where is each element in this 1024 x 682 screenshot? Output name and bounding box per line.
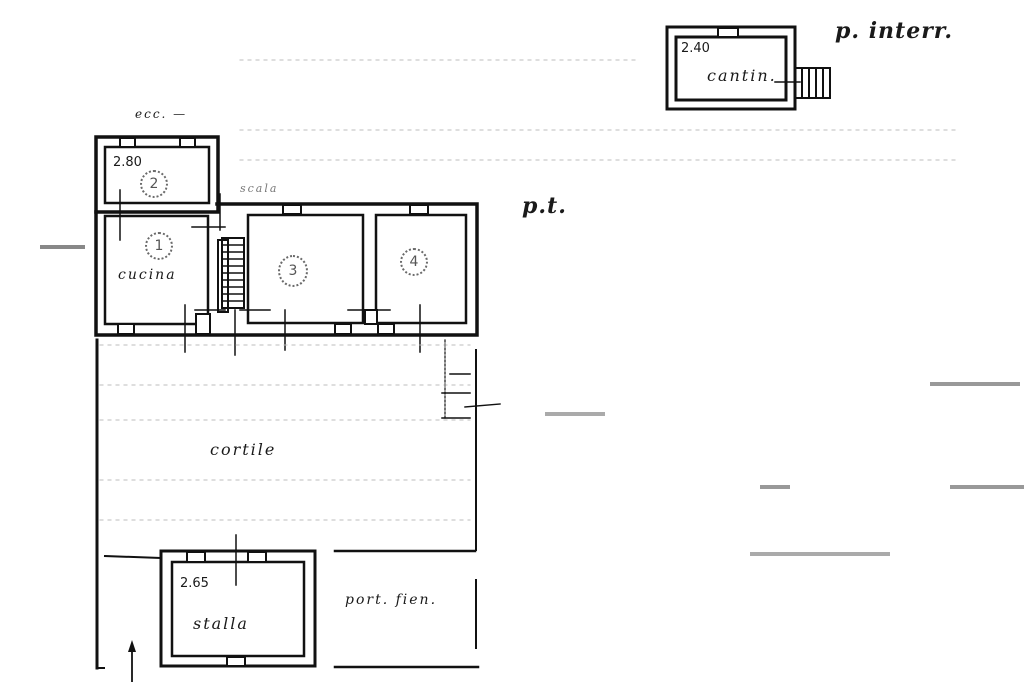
- room-1-number: 1: [145, 232, 173, 260]
- scan-artifact: [760, 485, 790, 489]
- scan-artifact: [750, 552, 890, 556]
- portico-fienile-label: port. fien.: [345, 593, 437, 607]
- note-above-room-2: ecc. —: [135, 108, 187, 120]
- stalla-height: 2.65: [180, 577, 209, 590]
- floor-plan-drawing: [0, 0, 1024, 682]
- stalla-walls: [161, 535, 315, 666]
- courtyard-boundary: [97, 340, 500, 682]
- scan-artifact: [930, 382, 1020, 386]
- scan-artifact: [950, 485, 1024, 489]
- cantina-height: 2.40: [681, 42, 710, 55]
- basement-floor-title: p. interr.: [835, 20, 953, 42]
- room-2-number: 2: [140, 170, 168, 198]
- room-3-number: 3: [278, 255, 308, 287]
- ground-floor-title: p.t.: [522, 195, 567, 217]
- scan-artifact: [40, 245, 85, 249]
- scan-artifact: [545, 412, 605, 416]
- cortile-label: cortile: [210, 442, 276, 458]
- room-1-label-cucina: cucina: [118, 268, 177, 282]
- room-4-number: 4: [400, 248, 428, 276]
- cantina-label: cantin.: [707, 68, 777, 84]
- stalla-label: stalla: [193, 616, 249, 632]
- room-2-height: 2.80: [113, 156, 142, 169]
- stair-note: scala: [240, 183, 278, 194]
